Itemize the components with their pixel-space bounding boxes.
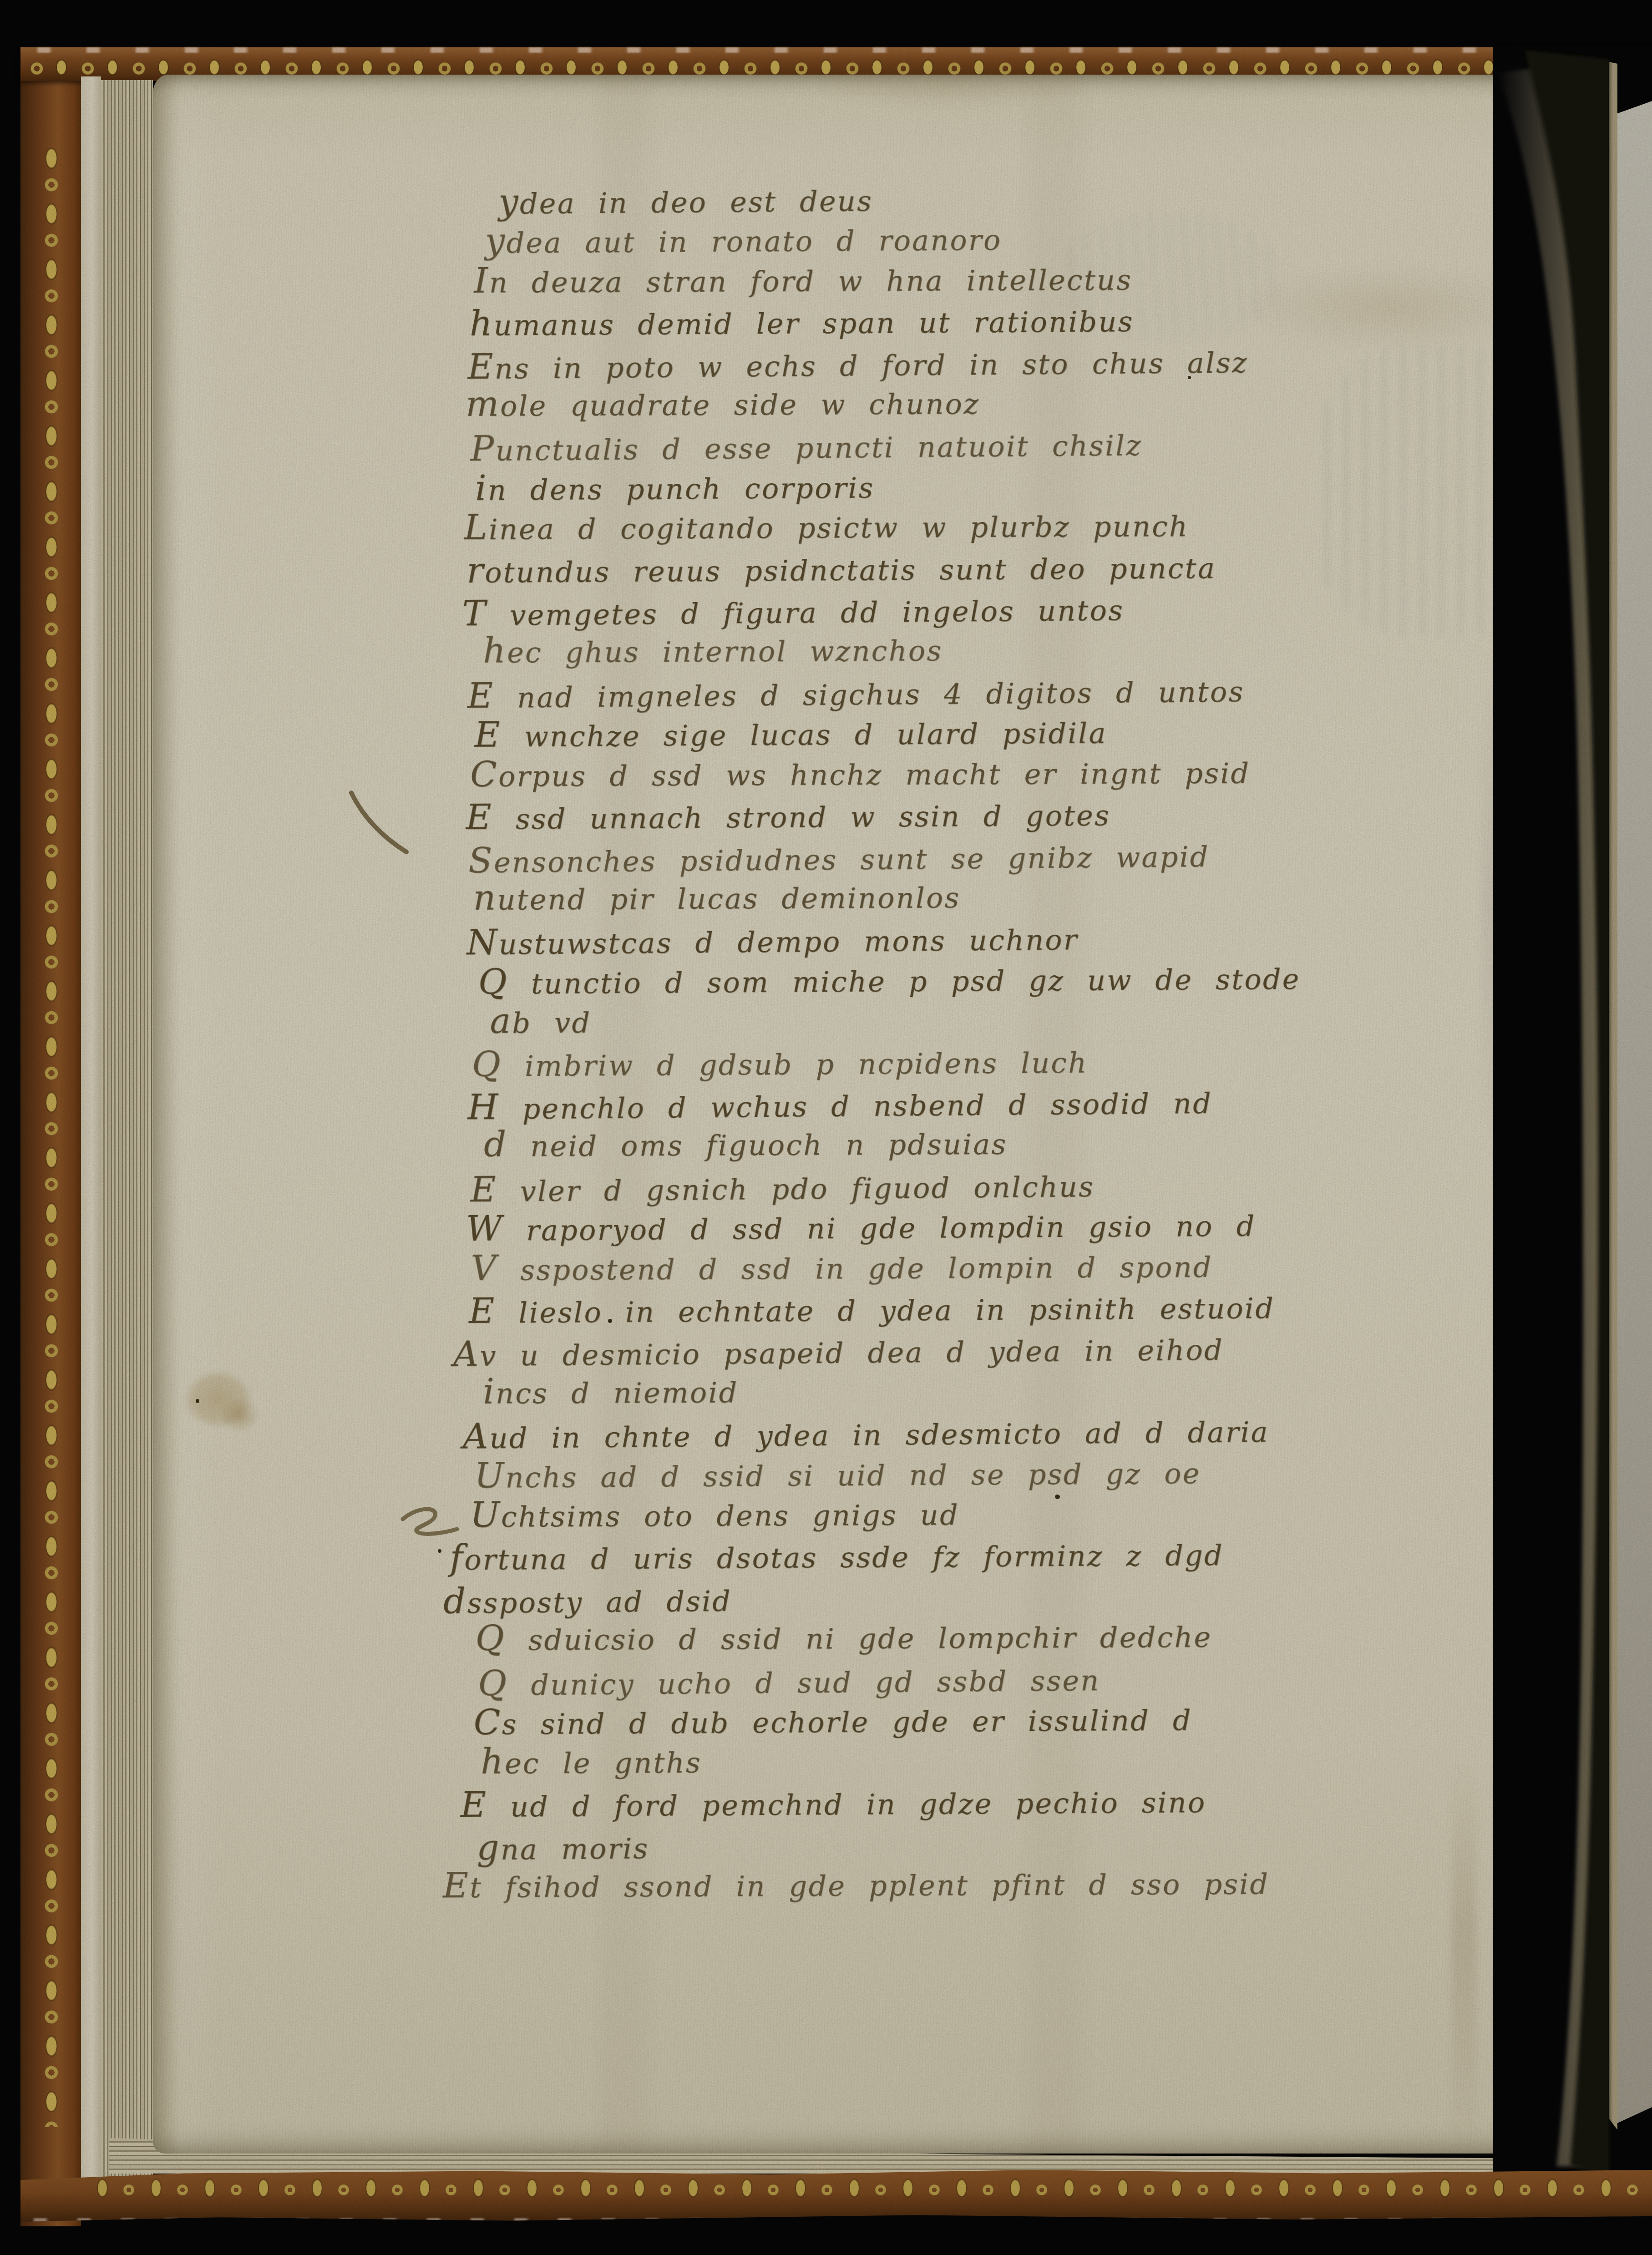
manuscript-line: E ud d ford pemchnd in gdze pechio sino <box>461 1779 1499 1827</box>
manuscript-line: rotundus reuus psidnctatis sunt deo punc… <box>466 545 1491 593</box>
flyleaf-edge <box>81 76 101 2188</box>
leather-spine-edge <box>20 47 81 2226</box>
manuscript-line: E nad imgneles d sigchus 4 digitos d unt… <box>467 669 1492 718</box>
manuscript-line: Et fsihod ssond in gde pplent pfint d ss… <box>443 1862 1499 1908</box>
facing-page <box>1617 101 1652 2123</box>
stain-top-smudge <box>774 61 1120 116</box>
manuscript-text-block: ydea in deo est deusydea aut in ronato d… <box>460 175 1499 1909</box>
manuscript-line: E vler d gsnich pdo figuod onlchus <box>470 1162 1495 1212</box>
manuscript-line: Q tunctio d som miche p psd gz uw de sto… <box>478 957 1493 1004</box>
leather-bottom-highlight <box>20 2218 1652 2224</box>
manuscript-line: Q dunicy ucho d sud gd ssbd ssen <box>478 1656 1498 1705</box>
manuscript-line: Nustuwstcas d dempo mons uchnor <box>466 915 1493 965</box>
manuscript-line: ab vd <box>490 998 1493 1043</box>
manuscript-line: Unchs ad d ssid si uid nd se psd gz oe <box>474 1450 1496 1498</box>
manuscript-line: Linea d cogitando psictw w plurbz punch <box>464 504 1490 549</box>
ink-speck <box>196 1399 199 1403</box>
manuscript-line: ydea aut in ronato d roanoro <box>485 216 1489 264</box>
manuscript-photo: ydea in deo est deusydea aut in ronato d… <box>0 0 1652 2255</box>
manuscript-line: E wnchze sige lucas d ulard psidila <box>474 709 1492 757</box>
manuscript-line: fortuna d uris dsotas ssde fz forminz z … <box>450 1533 1497 1580</box>
page-edge-tan-strip <box>1609 62 1617 2130</box>
manuscript-line: Corpus d ssd ws hnchz macht er ingnt psi… <box>470 751 1492 796</box>
manuscript-line: mole quadrate side w chunoz <box>466 380 1490 426</box>
leather-top-highlight <box>20 47 1652 53</box>
manuscript-line: d neid oms figuoch n pdsuias <box>484 1121 1494 1166</box>
manuscript-line: Uchtsims oto dens gnigs ud <box>470 1491 1496 1537</box>
page-edges-stack-left <box>101 80 153 2180</box>
manuscript-line: Punctualis d esse puncti natuoit chsilz <box>470 421 1490 471</box>
manuscript-line: in dens punch corporis <box>475 463 1490 510</box>
gold-tooling-left-icon <box>30 143 72 2127</box>
manuscript-line: Q imbriw d gdsub p ncpidens luch <box>472 1039 1494 1086</box>
manuscript-line: nutend pir lucas deminonlos <box>473 874 1492 920</box>
manuscript-line: In deuza stran ford w hna intellectus <box>474 257 1489 303</box>
manuscript-line: humanus demid ler span ut rationibus <box>470 298 1490 345</box>
manuscript-line: E ssd unnach strond w ssin d gotes <box>466 792 1492 839</box>
leather-bottom-edge <box>20 2170 1652 2226</box>
manuscript-line: Q sduicsio d ssid ni gde lompchir dedche <box>475 1615 1497 1660</box>
manuscript-line: V sspostend d ssd in gde lompin d spond <box>471 1245 1495 1290</box>
stain-left-blob-lobe <box>213 1392 267 1439</box>
manuscript-line: hec ghus internol wznchos <box>483 628 1491 673</box>
manuscript-line: E lieslo in echntate d ydea in psinith e… <box>469 1286 1495 1333</box>
manuscript-line: incs d niemoid <box>483 1368 1495 1414</box>
gutter-and-facing-page <box>1493 46 1652 2230</box>
gold-tooling-bottom-icon <box>89 2176 1638 2203</box>
manuscript-line: hec le gnths <box>481 1738 1498 1784</box>
ink-speck <box>438 1549 441 1553</box>
